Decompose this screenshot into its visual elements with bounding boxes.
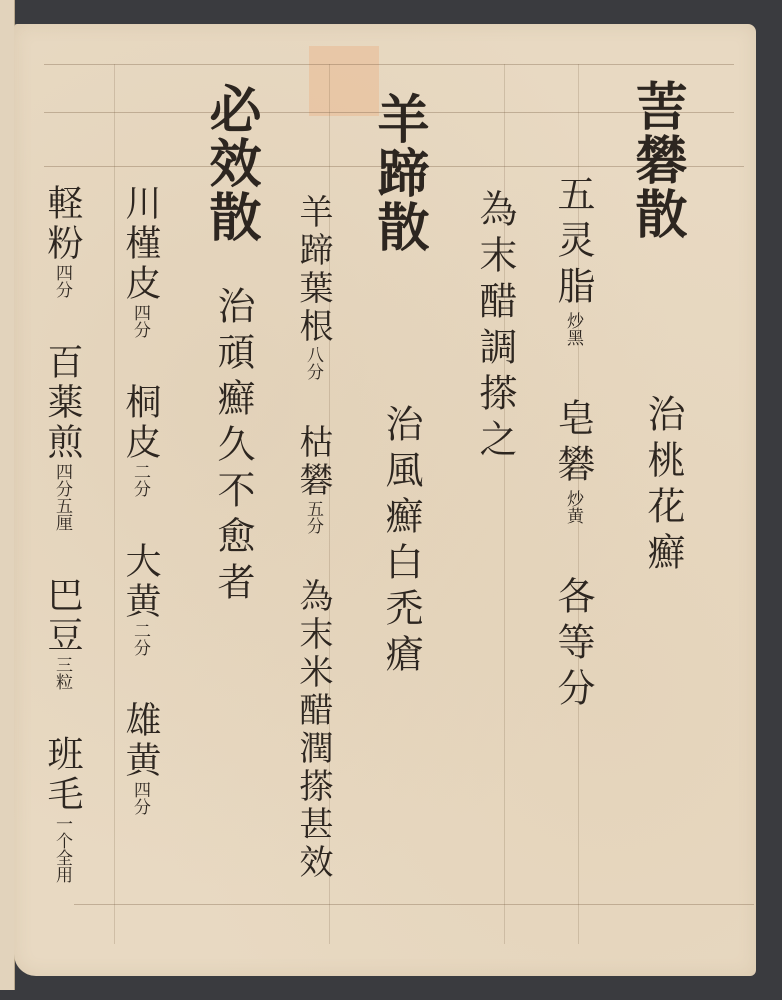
ingredient-note: 四分五厘 xyxy=(52,463,72,531)
column-rule xyxy=(114,64,115,944)
ingredient-name: 枯礬 xyxy=(293,424,333,500)
ingredient-name: 巴豆 xyxy=(42,576,83,656)
dosage: 各等分 xyxy=(551,576,595,714)
preparation-1: 為末醋調搽之 xyxy=(476,189,514,465)
recipe-title-3: 必效散 xyxy=(204,82,256,244)
ingredient-name: 桐皮 xyxy=(120,383,161,463)
recipe-title-1: 䓀礬散 xyxy=(630,79,682,241)
ingredient-name: 川槿皮 xyxy=(120,184,161,304)
ingredient-name: 皂礬 xyxy=(551,398,595,490)
ruled-line-top-1 xyxy=(44,64,734,65)
ingredient-name: 雄黄 xyxy=(120,701,161,781)
preparation: 為末米醋潤搽甚效 xyxy=(293,578,333,882)
ingredient-name: 百薬煎 xyxy=(42,343,83,463)
ingredient-note: 二分 xyxy=(130,622,150,656)
recipe-title-2: 羊蹄散 xyxy=(372,92,424,254)
ingredient-note: 三粒 xyxy=(52,656,72,690)
ruled-line-bottom xyxy=(74,904,754,905)
ingredient-note: 一个全用 xyxy=(52,815,72,883)
ingredient-note: 四分 xyxy=(130,304,150,338)
manuscript-page: 䓀礬散 治桃花癬 五灵脂炒黑 皂礬炒黄 各等分 為末醋調搽之 羊蹄散 治風癬白禿… xyxy=(14,24,756,976)
recipe-indication-2: 治風癬白禿瘡 xyxy=(382,404,420,680)
ingredient-column-2: 羊蹄葉根八分 枯礬五分 為末米醋潤搽甚效 xyxy=(296,194,330,882)
ingredient-name: 大黄 xyxy=(120,542,161,622)
ingredient-note: 八分 xyxy=(303,346,323,380)
ingredient-note: 炒黄 xyxy=(563,490,583,524)
recipe-indication-3: 治頑癬久不愈者 xyxy=(214,286,252,608)
ingredient-name: 軽粉 xyxy=(42,184,83,264)
ingredient-note: 四分 xyxy=(52,264,72,298)
recipe-indication-1: 治桃花癬 xyxy=(644,394,682,578)
ingredient-name: 班毛 xyxy=(42,735,83,815)
ingredient-name: 五灵脂 xyxy=(551,174,595,312)
adjacent-page-edge xyxy=(0,0,15,990)
ingredient-column-4: 軽粉四分 百薬煎四分五厘 巴豆三粒 班毛一个全用 xyxy=(44,184,80,883)
ingredient-column-3: 川槿皮四分 桐皮二分 大黄二分 雄黄四分 xyxy=(122,184,158,815)
ingredient-name: 羊蹄葉根 xyxy=(293,194,333,346)
ingredient-note: 五分 xyxy=(303,500,323,534)
ingredient-column-1: 五灵脂炒黑 皂礬炒黄 各等分 xyxy=(554,174,592,714)
ingredient-note: 四分 xyxy=(130,781,150,815)
ingredient-note: 二分 xyxy=(130,463,150,497)
ingredient-note: 炒黑 xyxy=(563,312,583,346)
